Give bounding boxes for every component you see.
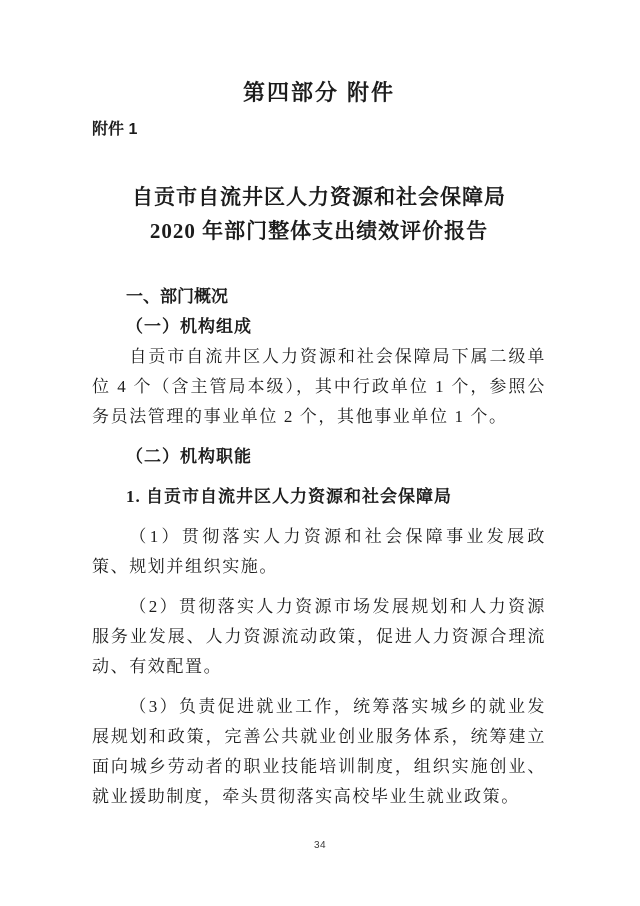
item-heading-bureau-name: 1. 自贡市自流井区人力资源和社会保障局 (92, 482, 546, 512)
paragraph-org-composition: 自贡市自流井区人力资源和社会保障局下属二级单位 4 个（含主管局本级），其中行政… (92, 342, 546, 432)
subsection-heading-org-functions: （二）机构职能 (92, 442, 546, 472)
paragraph-function-3: （3）负责促进就业工作，统筹落实城乡的就业发展规划和政策，完善公共就业创业服务体… (92, 692, 546, 812)
report-title-line-2: 2020 年部门整体支出绩效评价报告 (92, 214, 546, 248)
attachment-label: 附件 1 (92, 118, 546, 142)
report-title-line-1: 自贡市自流井区人力资源和社会保障局 (92, 180, 546, 214)
part-heading: 第四部分 附件 (92, 78, 546, 108)
paragraph-function-2: （2）贯彻落实人力资源市场发展规划和人力资源服务业发展、人力资源流动政策，促进人… (92, 592, 546, 682)
section-heading-department-overview: 一、部门概况 (92, 282, 546, 312)
document-page: 第四部分 附件 附件 1 自贡市自流井区人力资源和社会保障局 2020 年部门整… (0, 0, 640, 906)
page-number: 34 (0, 840, 640, 851)
subsection-heading-org-composition: （一）机构组成 (92, 312, 546, 342)
report-title: 自贡市自流井区人力资源和社会保障局 2020 年部门整体支出绩效评价报告 (92, 180, 546, 248)
paragraph-function-1: （1）贯彻落实人力资源和社会保障事业发展政策、规划并组织实施。 (92, 522, 546, 582)
